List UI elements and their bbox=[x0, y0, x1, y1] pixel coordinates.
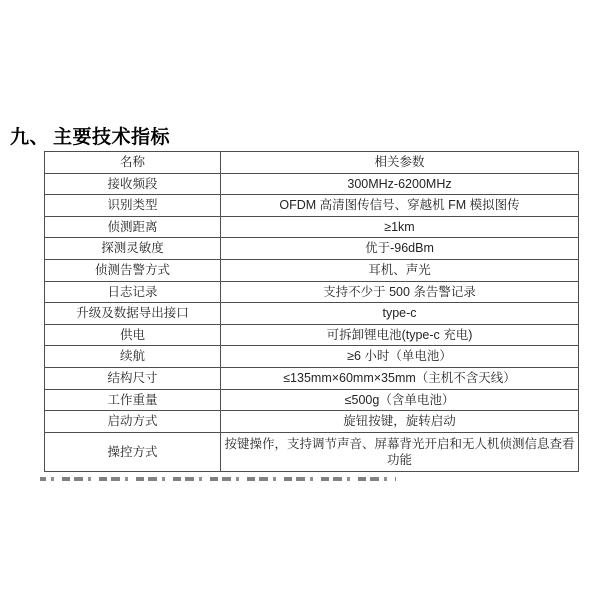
section-title: 九、主要技术指标 bbox=[10, 122, 170, 149]
spec-value-cell: ≤135mm×60mm×35mm（主机不含天线） bbox=[221, 367, 579, 389]
spec-value-cell: ≥6 小时（单电池） bbox=[221, 346, 579, 368]
spec-value-cell: 支持不少于 500 条告警记录 bbox=[221, 281, 579, 303]
section-title-text: 主要技术指标 bbox=[53, 127, 170, 148]
spec-value-cell: 300MHz-6200MHz bbox=[221, 173, 579, 195]
spec-name-cell: 启动方式 bbox=[45, 411, 221, 433]
spec-name-cell: 探测灵敏度 bbox=[45, 238, 221, 260]
spec-name-cell: 升级及数据导出接口 bbox=[45, 303, 221, 325]
header-value-cell: 相关参数 bbox=[221, 152, 579, 174]
spec-value-cell: ≥1km bbox=[221, 216, 579, 238]
spec-name-cell: 接收频段 bbox=[45, 173, 221, 195]
spec-name-cell: 结构尺寸 bbox=[45, 367, 221, 389]
table-row: 续航 ≥6 小时（单电池） bbox=[45, 346, 579, 368]
spec-value-cell: 耳机、声光 bbox=[221, 259, 579, 281]
spec-name-cell: 操控方式 bbox=[45, 432, 221, 471]
table-row: 启动方式 旋钮按键，旋转启动 bbox=[45, 411, 579, 433]
spec-value-cell: 旋钮按键，旋转启动 bbox=[221, 411, 579, 433]
table-row: 侦测距离 ≥1km bbox=[45, 216, 579, 238]
table-header-row: 名称 相关参数 bbox=[45, 152, 579, 174]
spec-value-cell: 可拆卸锂电池(type-c 充电) bbox=[221, 324, 579, 346]
spec-name-cell: 供电 bbox=[45, 324, 221, 346]
header-name-cell: 名称 bbox=[45, 152, 221, 174]
spec-value-cell: ≤500g（含单电池） bbox=[221, 389, 579, 411]
spec-name-cell: 日志记录 bbox=[45, 281, 221, 303]
table-row: 操控方式 按键操作，支持调节声音、屏幕背光开启和无人机侦测信息查看功能 bbox=[45, 432, 579, 471]
table-row: 侦测告警方式 耳机、声光 bbox=[45, 259, 579, 281]
spec-name-cell: 侦测告警方式 bbox=[45, 259, 221, 281]
section-number: 九、 bbox=[10, 127, 49, 148]
table-row: 工作重量 ≤500g（含单电池） bbox=[45, 389, 579, 411]
table-row: 供电 可拆卸锂电池(type-c 充电) bbox=[45, 324, 579, 346]
cut-off-note-line bbox=[40, 477, 396, 481]
spec-name-cell: 续航 bbox=[45, 346, 221, 368]
table-row: 探测灵敏度 优于-96dBm bbox=[45, 238, 579, 260]
spec-value-cell: type-c bbox=[221, 303, 579, 325]
table-row: 识别类型 OFDM 高清图传信号、穿越机 FM 模拟图传 bbox=[45, 195, 579, 217]
table-row: 升级及数据导出接口 type-c bbox=[45, 303, 579, 325]
spec-name-cell: 工作重量 bbox=[45, 389, 221, 411]
table-row: 结构尺寸 ≤135mm×60mm×35mm（主机不含天线） bbox=[45, 367, 579, 389]
spec-value-cell: 优于-96dBm bbox=[221, 238, 579, 260]
spec-table: 名称 相关参数 接收频段 300MHz-6200MHz 识别类型 OFDM 高清… bbox=[44, 151, 579, 472]
table-row: 日志记录 支持不少于 500 条告警记录 bbox=[45, 281, 579, 303]
spec-name-cell: 识别类型 bbox=[45, 195, 221, 217]
spec-value-cell: OFDM 高清图传信号、穿越机 FM 模拟图传 bbox=[221, 195, 579, 217]
table-row: 接收频段 300MHz-6200MHz bbox=[45, 173, 579, 195]
document-page: 九、主要技术指标 名称 相关参数 接收频段 300MHz-6200MHz 识别类… bbox=[0, 0, 600, 600]
spec-name-cell: 侦测距离 bbox=[45, 216, 221, 238]
spec-value-cell: 按键操作，支持调节声音、屏幕背光开启和无人机侦测信息查看功能 bbox=[221, 432, 579, 471]
